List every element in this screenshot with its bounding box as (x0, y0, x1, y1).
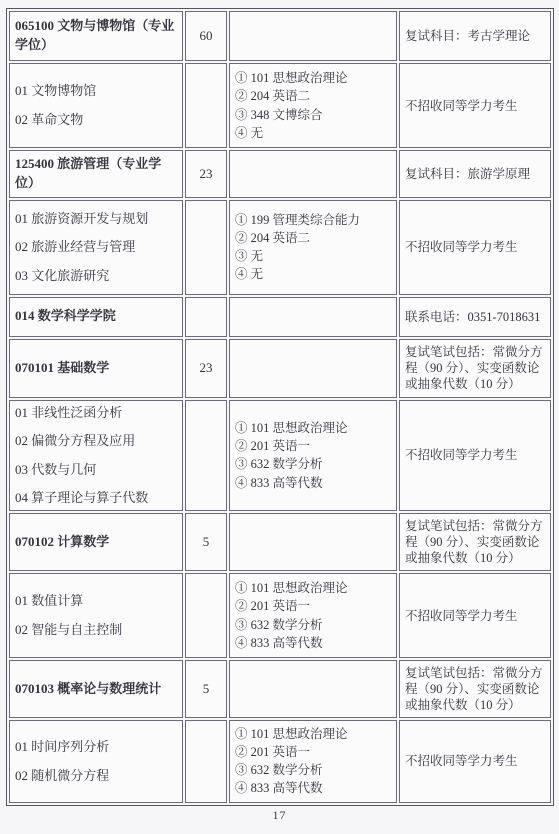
research-direction: 03 代数与几何 (15, 462, 177, 478)
subjects-cell: ① 199 管理类综合能力 ② 204 英语二 ③ 无 ④ 无 (229, 200, 397, 295)
research-direction: 02 革命文物 (15, 112, 177, 128)
exam-subject: ③ 348 文博综合 (235, 106, 391, 124)
program-name-cell: 065100 文物与博物馆（专业学位） (9, 11, 183, 61)
subjects-cell: ① 101 思想政治理论 ② 201 英语一 ③ 632 数学分析 ④ 833 … (229, 720, 397, 803)
document-page: 065100 文物与博物馆（专业学位） 60 复试科目：考古学理论 01 文物博… (0, 0, 559, 834)
exam-subject: ① 199 管理类综合能力 (235, 211, 391, 229)
quota-cell: 5 (185, 513, 227, 571)
subjects-cell (229, 11, 397, 61)
exam-subject: ② 201 英语一 (235, 597, 391, 615)
exam-subject: ② 204 英语二 (235, 87, 391, 105)
department-name-cell: 014 数学科学学院 (9, 297, 183, 337)
program-row: 125400 旅游管理（专业学位） 23 复试科目：旅游学原理 (9, 150, 551, 198)
directions-cell: 01 数值计算 02 智能与自主控制 (9, 573, 183, 658)
exam-subject: ① 101 思想政治理论 (235, 419, 391, 437)
directions-row: 01 时间序列分析 02 随机微分方程 ① 101 思想政治理论 ② 201 英… (9, 720, 551, 803)
program-name: 125400 旅游管理（专业学位） (15, 155, 177, 193)
program-name: 070103 概率论与数理统计 (15, 680, 177, 699)
research-direction: 02 旅游业经营与管理 (15, 239, 177, 255)
note-cell: 不招收同等学力考生 (399, 400, 551, 511)
exam-subject: ③ 632 数学分析 (235, 761, 391, 779)
program-name-cell: 070101 基础数学 (9, 339, 183, 398)
exam-subject: ① 101 思想政治理论 (235, 579, 391, 597)
quota-cell (185, 200, 227, 295)
retest-subject-note: 复试笔试包括：常微分方程（90 分）、实变函数论或抽象代数（10 分） (405, 518, 545, 566)
research-direction: 02 偏微分方程及应用 (15, 433, 177, 449)
subjects-cell: ① 101 思想政治理论 ② 201 英语一 ③ 632 数学分析 ④ 833 … (229, 573, 397, 658)
exam-subject: ④ 833 高等代数 (235, 779, 391, 797)
program-name-cell: 070103 概率论与数理统计 (9, 660, 183, 718)
enrollment-quota: 60 (200, 28, 213, 43)
directions-cell: 01 文物博物馆 02 革命文物 (9, 63, 183, 148)
exam-subject: ④ 833 高等代数 (235, 474, 391, 492)
quota-cell (185, 63, 227, 148)
department-name: 014 数学科学学院 (15, 307, 177, 326)
research-direction: 01 文物博物馆 (15, 83, 177, 99)
eligibility-note: 不招收同等学力考生 (405, 98, 545, 114)
subjects-cell (229, 660, 397, 718)
exam-subject: ② 204 英语二 (235, 229, 391, 247)
note-cell: 联系电话：0351-7018631 (399, 297, 551, 337)
exam-subject: ③ 632 数学分析 (235, 455, 391, 473)
contact-phone-note: 联系电话：0351-7018631 (405, 309, 545, 325)
subjects-cell: ① 101 思想政治理论 ② 204 英语二 ③ 348 文博综合 ④ 无 (229, 63, 397, 148)
program-row: 070102 计算数学 5 复试笔试包括：常微分方程（90 分）、实变函数论或抽… (9, 513, 551, 571)
note-cell: 不招收同等学力考生 (399, 720, 551, 803)
program-row: 070101 基础数学 23 复试笔试包括：常微分方程（90 分）、实变函数论或… (9, 339, 551, 398)
research-direction: 01 非线性泛函分析 (15, 405, 177, 421)
admissions-table: 065100 文物与博物馆（专业学位） 60 复试科目：考古学理论 01 文物博… (6, 8, 554, 806)
note-cell: 复试笔试包括：常微分方程（90 分）、实变函数论或抽象代数（10 分） (399, 339, 551, 398)
program-name-cell: 070102 计算数学 (9, 513, 183, 571)
exam-subject: ④ 无 (235, 124, 391, 142)
quota-cell: 60 (185, 11, 227, 61)
retest-subject-note: 复试科目：旅游学原理 (405, 166, 545, 182)
subjects-cell: ① 101 思想政治理论 ② 201 英语一 ③ 632 数学分析 ④ 833 … (229, 400, 397, 511)
research-direction: 01 时间序列分析 (15, 739, 177, 755)
research-direction: 02 智能与自主控制 (15, 622, 177, 638)
directions-cell: 01 非线性泛函分析 02 偏微分方程及应用 03 代数与几何 04 算子理论与… (9, 400, 183, 511)
quota-cell (185, 720, 227, 803)
exam-subject: ② 201 英语一 (235, 743, 391, 761)
retest-subject-note: 复试笔试包括：常微分方程（90 分）、实变函数论或抽象代数（10 分） (405, 344, 545, 392)
subjects-cell (229, 339, 397, 398)
subjects-cell (229, 150, 397, 198)
quota-cell: 23 (185, 150, 227, 198)
subjects-cell (229, 513, 397, 571)
directions-row: 01 数值计算 02 智能与自主控制 ① 101 思想政治理论 ② 201 英语… (9, 573, 551, 658)
exam-subject: ③ 无 (235, 247, 391, 265)
research-direction: 03 文化旅游研究 (15, 268, 177, 284)
eligibility-note: 不招收同等学力考生 (405, 608, 545, 624)
department-row: 014 数学科学学院 联系电话：0351-7018631 (9, 297, 551, 337)
exam-subject: ② 201 英语一 (235, 437, 391, 455)
exam-subject: ③ 632 数学分析 (235, 616, 391, 634)
enrollment-quota: 5 (203, 681, 210, 696)
note-cell: 不招收同等学力考生 (399, 200, 551, 295)
exam-subject: ① 101 思想政治理论 (235, 725, 391, 743)
program-name: 070101 基础数学 (15, 359, 177, 378)
quota-cell (185, 400, 227, 511)
quota-cell: 5 (185, 660, 227, 718)
quota-cell (185, 297, 227, 337)
research-direction: 02 随机微分方程 (15, 768, 177, 784)
enrollment-quota: 5 (203, 534, 210, 549)
note-cell: 复试笔试包括：常微分方程（90 分）、实变函数论或抽象代数（10 分） (399, 660, 551, 718)
program-name: 065100 文物与博物馆（专业学位） (15, 17, 177, 55)
research-direction: 04 算子理论与算子代数 (15, 490, 177, 506)
note-cell: 复试科目：考古学理论 (399, 11, 551, 61)
enrollment-quota: 23 (200, 166, 213, 181)
directions-row: 01 旅游资源开发与规划 02 旅游业经营与管理 03 文化旅游研究 ① 199… (9, 200, 551, 295)
eligibility-note: 不招收同等学力考生 (405, 447, 545, 463)
quota-cell: 23 (185, 339, 227, 398)
note-cell: 复试笔试包括：常微分方程（90 分）、实变函数论或抽象代数（10 分） (399, 513, 551, 571)
exam-subject: ① 101 思想政治理论 (235, 69, 391, 87)
note-cell: 不招收同等学力考生 (399, 573, 551, 658)
eligibility-note: 不招收同等学力考生 (405, 753, 545, 769)
directions-cell: 01 时间序列分析 02 随机微分方程 (9, 720, 183, 803)
subjects-cell (229, 297, 397, 337)
retest-subject-note: 复试笔试包括：常微分方程（90 分）、实变函数论或抽象代数（10 分） (405, 665, 545, 713)
retest-subject-note: 复试科目：考古学理论 (405, 28, 545, 44)
program-row: 065100 文物与博物馆（专业学位） 60 复试科目：考古学理论 (9, 11, 551, 61)
directions-row: 01 非线性泛函分析 02 偏微分方程及应用 03 代数与几何 04 算子理论与… (9, 400, 551, 511)
quota-cell (185, 573, 227, 658)
program-row: 070103 概率论与数理统计 5 复试笔试包括：常微分方程（90 分）、实变函… (9, 660, 551, 718)
program-name-cell: 125400 旅游管理（专业学位） (9, 150, 183, 198)
directions-cell: 01 旅游资源开发与规划 02 旅游业经营与管理 03 文化旅游研究 (9, 200, 183, 295)
research-direction: 01 数值计算 (15, 593, 177, 609)
page-number: 17 (0, 808, 559, 823)
enrollment-quota: 23 (200, 360, 213, 375)
eligibility-note: 不招收同等学力考生 (405, 239, 545, 255)
exam-subject: ④ 833 高等代数 (235, 634, 391, 652)
program-name: 070102 计算数学 (15, 533, 177, 552)
note-cell: 复试科目：旅游学原理 (399, 150, 551, 198)
note-cell: 不招收同等学力考生 (399, 63, 551, 148)
directions-row: 01 文物博物馆 02 革命文物 ① 101 思想政治理论 ② 204 英语二 … (9, 63, 551, 148)
exam-subject: ④ 无 (235, 265, 391, 283)
research-direction: 01 旅游资源开发与规划 (15, 211, 177, 227)
